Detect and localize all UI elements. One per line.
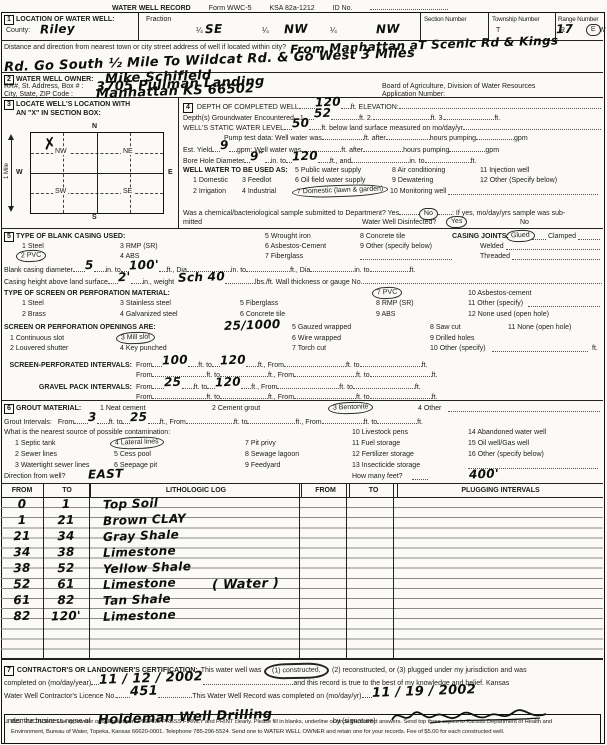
dotted-leader bbox=[294, 391, 356, 399]
use-option-3: 3 Feedlot bbox=[242, 176, 271, 185]
contam-option-11: 11 Fuel storage bbox=[352, 439, 400, 448]
log-from: 82 bbox=[1, 610, 43, 621]
dotted-leader bbox=[94, 264, 106, 272]
ft-after-label: ft. after bbox=[364, 134, 386, 143]
log-desc: Limestone bbox=[89, 545, 176, 558]
ft-label: ft. bbox=[471, 157, 477, 166]
use-option-11: 11 Injection well bbox=[480, 166, 529, 175]
dotted-leader bbox=[322, 132, 364, 140]
ft-label: ft. bbox=[410, 266, 416, 275]
opening-option-9: 9 Drilled holes bbox=[430, 334, 474, 343]
dotted-leader bbox=[331, 112, 359, 120]
log-row: 1 21 Brown CLAY bbox=[1, 515, 603, 531]
dotted-leader bbox=[449, 144, 485, 152]
screen-option-2: 2 Brass bbox=[22, 310, 46, 319]
joint-threaded: Threaded bbox=[480, 252, 510, 261]
dotted-leader bbox=[182, 381, 194, 389]
dotted-leader bbox=[186, 416, 234, 424]
log-header-lithologic: LITHOLOGIC LOG bbox=[91, 484, 302, 497]
dotted-leader bbox=[203, 677, 293, 685]
contamination-row1: What is the nearest source of possible c… bbox=[0, 428, 605, 439]
casing-option-6: 6 Asbestos-Cement bbox=[265, 242, 326, 251]
use-option-4: 4 Industrial bbox=[242, 187, 276, 196]
dotted-leader bbox=[532, 232, 546, 240]
log-desc: Yellow Shale bbox=[89, 561, 191, 575]
grout-interval-to: 25 bbox=[130, 412, 148, 423]
log-to: 21 bbox=[43, 514, 89, 526]
log-header-from: FROM bbox=[1, 484, 44, 497]
dotted-leader bbox=[241, 381, 251, 389]
ft-and-label: ft., and bbox=[330, 157, 351, 166]
use-option-9: 9 Dewatering bbox=[392, 176, 433, 185]
ft-to-label: ft. to bbox=[234, 418, 248, 427]
contam-option-2: 2 Sewer lines bbox=[15, 450, 57, 459]
quarter-glyph: ¼ bbox=[330, 26, 337, 35]
sample-question-rest: : If yes, mo/day/yrs sample was sub- bbox=[452, 209, 565, 218]
dotted-leader bbox=[247, 416, 295, 424]
log-from: 34 bbox=[1, 546, 43, 557]
dotted-leader bbox=[188, 359, 198, 367]
static-level-value: 50 bbox=[292, 118, 310, 129]
casing-option-8: 8 Concrete tile bbox=[360, 232, 405, 241]
contam-option-13: 13 Insecticide storage bbox=[352, 461, 420, 470]
use-option-1: 1 Domestic bbox=[193, 176, 228, 185]
contam-option-8: 8 Sewage lagoon bbox=[245, 450, 299, 459]
dotted-leader bbox=[152, 359, 162, 367]
casing-option-9: 9 Other (specify below) bbox=[360, 242, 432, 251]
dotted-leader bbox=[578, 232, 600, 240]
ft-to-label: ft. to bbox=[109, 418, 123, 427]
opening-option-3-circled: 3 Mill slot bbox=[116, 331, 156, 344]
section1-number: 1 bbox=[4, 15, 14, 25]
section7-number: 7 bbox=[4, 666, 14, 676]
contam-option-7: 7 Pit privy bbox=[245, 439, 276, 448]
fraction-q3-value: NW bbox=[376, 24, 400, 35]
section3-title-line1: LOCATE WELL'S LOCATION WITH bbox=[16, 100, 130, 109]
casing-depth-value: 100' bbox=[129, 259, 159, 270]
disinfected-yes-circled: Yes bbox=[446, 216, 468, 229]
casing-diameter-line: Blank casing diameter 5 in. to 100' ft.,… bbox=[4, 263, 602, 275]
contam-option-10: 10 Livestock pens bbox=[352, 428, 408, 437]
completed-on-label: completed on (mo/day/year) bbox=[4, 679, 91, 688]
dotted-leader bbox=[299, 101, 315, 109]
section5-title: TYPE OF BLANK CASING USED: bbox=[16, 232, 125, 241]
wall-thickness-label: lbs./ft. Wall thickness or gauge No. bbox=[255, 278, 363, 287]
bore-depth-value: 120 bbox=[292, 151, 318, 162]
log-row: 61 82 Tan Shale bbox=[1, 595, 603, 611]
section6-title: GROUT MATERIAL: bbox=[16, 404, 81, 413]
log-from: 0 bbox=[1, 498, 43, 509]
groundwater-1-value: 52 bbox=[314, 108, 332, 119]
contam-option-5: 5 Cess pool bbox=[114, 450, 151, 459]
dotted-leader bbox=[370, 2, 448, 10]
casing-option-3: 3 RMP (SR) bbox=[120, 242, 158, 251]
dotted-leader bbox=[438, 207, 452, 215]
from-label: From bbox=[58, 418, 74, 427]
dotted-leader bbox=[108, 276, 118, 284]
dotted-leader bbox=[246, 264, 290, 272]
dotted-leader bbox=[351, 155, 409, 163]
dotted-leader bbox=[444, 112, 494, 120]
mile-arrow-up bbox=[8, 134, 14, 140]
weight-label: in., weight bbox=[143, 278, 175, 287]
rule-line bbox=[1, 72, 603, 73]
grout-intervals-label: Grout Intervals: bbox=[4, 418, 52, 427]
in-to-label: in. to bbox=[354, 266, 369, 275]
log-to: 82 bbox=[43, 594, 89, 606]
well-use-row3: 2 Irrigation 4 Industrial 7 Domestic (la… bbox=[0, 187, 605, 198]
screen-material-title: TYPE OF SCREEN OR PERFORATION MATERIAL: bbox=[4, 289, 170, 298]
casing-height-label: Casing height above land surface bbox=[4, 278, 108, 287]
dotted-leader bbox=[318, 155, 330, 163]
record-date-value: 11 / 19 / 2002 bbox=[371, 685, 475, 699]
dotted-leader bbox=[131, 276, 143, 284]
township-prefix: T bbox=[496, 26, 500, 35]
log-row: 82 120' Limestone bbox=[1, 611, 603, 627]
log-to: 61 bbox=[43, 578, 89, 590]
screen-intervals-line2: From ft. to ft., From ft. to ft. bbox=[4, 369, 602, 380]
dotted-leader bbox=[158, 690, 192, 698]
weight-value: Sch 40 bbox=[178, 271, 225, 283]
log-table-header: FROM TO LITHOLOGIC LOG FROM TO PLUGGING … bbox=[1, 484, 603, 497]
water-well-record-form: WATER WELL RECORD Form WWC-5 KSA 82a-121… bbox=[0, 0, 607, 745]
dotted-leader bbox=[399, 207, 419, 215]
section1-number-box: 1 bbox=[4, 15, 14, 25]
dotted-leader bbox=[506, 242, 600, 250]
dotted-leader bbox=[73, 264, 85, 272]
casing-height-value: 2' bbox=[118, 272, 131, 282]
ft-label: ft. bbox=[592, 344, 598, 353]
screen-interval-from: 100 bbox=[162, 355, 188, 366]
casing-option-5: 5 Wrought iron bbox=[265, 232, 311, 241]
gravel-pack-to: 120 bbox=[215, 377, 241, 388]
grout-option-2: 2 Cement grout bbox=[212, 404, 260, 413]
dotted-leader bbox=[97, 416, 109, 424]
pump-test-line: Pump test data: Well water was ft. after… bbox=[224, 132, 601, 143]
screen-option-8: 8 RMP (SR) bbox=[376, 299, 414, 308]
casing-option-2-circled: 2 PVC bbox=[16, 249, 47, 262]
openings-row1: SCREEN OR PERFORATION OPENINGS ARE: 25/1… bbox=[0, 323, 605, 334]
casing-height-line: Casing height above land surface 2' in.,… bbox=[4, 275, 602, 287]
dotted-leader bbox=[148, 416, 160, 424]
openings-title: SCREEN OR PERFORATION OPENINGS ARE: bbox=[4, 323, 156, 332]
dotted-leader bbox=[373, 112, 431, 120]
rule-line bbox=[1, 228, 603, 229]
screen-option-3: 3 Stainless steel bbox=[120, 299, 171, 308]
record-completed-label: This Water Well Record was completed on … bbox=[192, 692, 361, 701]
screen-option-12: 12 None used (open hole) bbox=[468, 310, 549, 319]
city-value: Manhattan KS 66502 bbox=[96, 84, 255, 100]
use-option-10: 10 Monitoring well bbox=[390, 187, 446, 196]
grout-option-4: 4 Other bbox=[418, 404, 441, 413]
license-label: Water Well Contractor's Licence No. bbox=[4, 692, 116, 701]
range-west: W bbox=[599, 26, 606, 35]
ft-dia-label: ft., Dia bbox=[290, 266, 310, 275]
bore-hole-label: Bore Hole Diameter bbox=[183, 157, 244, 166]
certification-text-a: This water well was bbox=[201, 666, 262, 675]
opening-option-4: 4 Key punched bbox=[120, 344, 167, 353]
dotted-leader bbox=[277, 381, 339, 389]
in-to-label: in. to bbox=[271, 157, 286, 166]
use-option-12: 12 Other (Specify below) bbox=[480, 176, 557, 185]
opening-option-1: 1 Continuous slot bbox=[10, 334, 64, 343]
screen-material-row3: 2 Brass 4 Galvanized steel 6 Concrete ti… bbox=[0, 310, 605, 321]
fraction-label: Fraction bbox=[146, 15, 171, 24]
contam-option-9: 9 Feedyard bbox=[245, 461, 280, 470]
log-desc: Gray Shale bbox=[89, 529, 179, 542]
ft-from-label: ft., From bbox=[268, 371, 294, 380]
contamination-row3: 2 Sewer lines 5 Cess pool 8 Sewage lagoo… bbox=[0, 450, 605, 461]
screen-option-4: 4 Galvanized steel bbox=[120, 310, 178, 319]
casing-diameter-label: Blank casing diameter bbox=[4, 266, 73, 275]
distance-value-row: Rd. Go South ½ Mile To Wildcat Rd. & Go … bbox=[0, 56, 605, 67]
contamination-question: What is the nearest source of possible c… bbox=[4, 428, 170, 437]
dotted-leader bbox=[528, 299, 600, 307]
sample-question: Was a chemical/bacteriological sample su… bbox=[183, 209, 399, 218]
section-number-label: Section Number bbox=[424, 15, 466, 24]
gpm-label: gpm bbox=[514, 134, 528, 143]
log-desc: Limestone bbox=[89, 609, 176, 622]
opening-option-10: 10 Other (specify) bbox=[430, 344, 486, 353]
log-from: 1 bbox=[1, 514, 43, 525]
plug-header-intervals: PLUGGING INTERVALS bbox=[398, 484, 603, 497]
log-to: 120' bbox=[43, 610, 89, 622]
dotted-leader bbox=[152, 391, 206, 399]
rule-line bbox=[1, 400, 603, 401]
opening-option-5: 5 Gauzed wrapped bbox=[292, 323, 351, 332]
dotted-leader bbox=[353, 381, 415, 389]
dotted-leader bbox=[412, 472, 428, 480]
quarter-glyph: ¼ bbox=[196, 26, 203, 35]
dotted-leader bbox=[246, 359, 258, 367]
section5-number: 5 bbox=[4, 232, 14, 242]
dotted-leader bbox=[463, 122, 601, 130]
log-to: 34 bbox=[43, 530, 89, 542]
bore-hole-line: Bore Hole Diameter 9″ in. to 120 ft., an… bbox=[183, 154, 601, 166]
dotted-leader bbox=[284, 359, 346, 367]
application-number-label: Application Number: bbox=[382, 90, 445, 99]
sample-mitted: mitted bbox=[183, 218, 202, 227]
screen-material-row2: 1 Steel 3 Stainless steel 5 Fiberglass 8… bbox=[0, 299, 605, 310]
dotted-leader bbox=[74, 416, 88, 424]
ft-label: ft. bbox=[432, 371, 438, 380]
feet-value: 400' bbox=[469, 468, 499, 479]
gravel-pack-from: 25 bbox=[164, 377, 182, 388]
quadrant-ne-label: NE bbox=[121, 148, 135, 155]
dotted-leader bbox=[448, 404, 600, 412]
dotted-leader bbox=[360, 252, 452, 260]
in-to-label: in. to bbox=[409, 157, 424, 166]
log-to: 1 bbox=[43, 498, 89, 510]
hours-pumping-label: hours pumping bbox=[430, 134, 476, 143]
ft-to-label: ft. to bbox=[364, 418, 378, 427]
contam-option-3: 3 Watertight sewer lines bbox=[15, 461, 89, 470]
county-value: Riley bbox=[40, 23, 75, 34]
mile-arrow-down bbox=[8, 206, 14, 212]
log-to: 52 bbox=[43, 562, 89, 574]
log-from: 38 bbox=[1, 562, 43, 573]
casing-option-7: 7 Fiberglass bbox=[265, 252, 303, 261]
well-use-label: WELL WATER TO BE USED AS: bbox=[183, 166, 288, 175]
log-row: 0 1 Top Soil bbox=[1, 499, 603, 515]
dotted-leader bbox=[309, 122, 321, 130]
dotted-leader bbox=[425, 155, 471, 163]
log-from: 61 bbox=[1, 594, 43, 605]
dotted-leader bbox=[492, 344, 588, 352]
direction-label: Direction from well? bbox=[4, 472, 65, 481]
contam-option-14: 14 Abandoned water well bbox=[468, 428, 546, 437]
dotted-leader bbox=[370, 369, 432, 377]
section3-title-line2: AN "X" IN SECTION BOX: bbox=[16, 109, 101, 118]
dotted-leader bbox=[225, 276, 255, 284]
dotted-leader bbox=[229, 144, 237, 152]
dotted-leader bbox=[363, 144, 403, 152]
contam-option-12: 12 Fertilizer storage bbox=[352, 450, 414, 459]
section6-number-box: 6 bbox=[4, 404, 14, 414]
opening-option-6: 6 Wire wrapped bbox=[292, 334, 341, 343]
dotted-leader bbox=[362, 690, 372, 698]
dotted-leader bbox=[116, 690, 130, 698]
log-row: 38 52 Yellow Shale bbox=[1, 563, 603, 579]
screen-option-1: 1 Steel bbox=[22, 299, 44, 308]
ft-label: ft. bbox=[417, 418, 423, 427]
township-number-label: Township Number bbox=[492, 15, 539, 24]
log-water-note: ( Water ) bbox=[212, 579, 280, 591]
plug-header-to: TO bbox=[350, 484, 398, 497]
screen-option-9: 9 ABS bbox=[376, 310, 395, 319]
distance-question: Distance and direction from nearest town… bbox=[4, 43, 286, 52]
est-yield-value: 9 bbox=[220, 140, 229, 150]
contam-option-4-circled: 4 Lateral lines bbox=[110, 436, 164, 450]
city-label: City, State, ZIP Code : bbox=[4, 90, 73, 99]
instructions-box: INSTRUCTIONS: Use typewriter or ball poi… bbox=[4, 714, 601, 744]
log-desc: Brown CLAY bbox=[89, 513, 186, 526]
use-option-8: 8 Air conditioning bbox=[392, 166, 445, 175]
screen-option-7-circled: 7 PVC bbox=[372, 286, 403, 299]
openings-row3: 2 Louvered shutter 4 Key punched 7 Torch… bbox=[0, 344, 605, 355]
disinfected-label: Water Well Disinfected? bbox=[362, 218, 436, 227]
dotted-leader bbox=[212, 359, 220, 367]
dotted-leader bbox=[363, 276, 602, 284]
instructions-line2: Environment, Bureau of Water, Topeka, Ka… bbox=[11, 729, 504, 735]
range-prefix: R bbox=[560, 26, 565, 35]
fraction-q1-value: SE bbox=[205, 24, 223, 35]
screen-interval-to: 120 bbox=[220, 355, 246, 366]
in-to-label: in. to bbox=[231, 266, 246, 275]
screen-option-10: 10 Asbestos-cement bbox=[468, 289, 531, 298]
grout-interval-from: 3 bbox=[88, 412, 97, 422]
casing-diameter-value: 5 bbox=[85, 260, 94, 270]
dotted-leader bbox=[341, 101, 351, 109]
contam-option-16: 16 Other (specify below) bbox=[468, 450, 544, 459]
casing-joints-label: CASING JOINTS: bbox=[452, 232, 509, 241]
dotted-leader bbox=[377, 416, 417, 424]
from-label: From bbox=[136, 371, 152, 380]
log-desc: Limestone bbox=[89, 577, 176, 590]
contam-option-1: 1 Septic tank bbox=[15, 439, 55, 448]
certification-line3: Water Well Contractor's Licence No. 451 … bbox=[4, 690, 602, 701]
fraction-q2-value: NW bbox=[284, 24, 308, 35]
dotted-leader bbox=[152, 381, 164, 389]
log-desc: Top Soil bbox=[89, 498, 158, 510]
dotted-leader bbox=[212, 144, 220, 152]
log-row: 34 38 Limestone bbox=[1, 547, 603, 563]
dotted-leader bbox=[220, 391, 268, 399]
dotted-leader bbox=[294, 369, 356, 377]
dotted-leader bbox=[284, 122, 292, 130]
ft-from-label: ft., From bbox=[295, 418, 321, 427]
section6-number: 6 bbox=[4, 404, 14, 414]
screen-option-5: 5 Fiberglass bbox=[240, 299, 278, 308]
section5-number-box: 5 bbox=[4, 232, 14, 242]
opening-option-2: 2 Louvered shutter bbox=[10, 344, 68, 353]
well-use-row2: 1 Domestic 3 Feedlot 6 Oil field water s… bbox=[0, 176, 605, 187]
joint-clamped: Clamped bbox=[548, 232, 576, 241]
dotted-leader bbox=[399, 101, 601, 109]
use-option-2: 2 Irrigation bbox=[193, 187, 226, 196]
grout-option-3-circled: 3 Bentonite bbox=[328, 401, 374, 415]
joint-glued-circled: Glued bbox=[506, 230, 535, 243]
how-many-feet-label: How many feet? bbox=[352, 472, 403, 481]
dotted-leader bbox=[370, 391, 432, 399]
screen-option-11: 11 Other (specify) bbox=[468, 299, 523, 308]
rule-line bbox=[1, 658, 603, 660]
dotted-leader bbox=[322, 416, 364, 424]
log-header-to: TO bbox=[44, 484, 91, 497]
instructions-line1: INSTRUCTIONS: Use typewriter or ball poi… bbox=[11, 719, 552, 725]
bore-diameter-value: 9″ bbox=[250, 151, 265, 161]
dotted-leader bbox=[476, 132, 514, 140]
openings-value: 25/1000 bbox=[224, 319, 281, 331]
log-row: 21 34 Gray Shale bbox=[1, 531, 603, 547]
pump-test-label: Pump test data: Well water was bbox=[224, 134, 322, 143]
certification-text-b: (2) reconstructed, or (3) plugged under … bbox=[332, 666, 527, 675]
compass-n-label: N bbox=[92, 122, 97, 131]
dotted-leader bbox=[370, 264, 410, 272]
contam-option-15: 15 Oil well/Gas well bbox=[468, 439, 529, 448]
dotted-leader bbox=[159, 264, 167, 272]
county-label: County: bbox=[6, 26, 30, 35]
log-from: 21 bbox=[1, 530, 43, 541]
dotted-leader bbox=[360, 359, 422, 367]
contamination-row2: 1 Septic tank 4 Lateral lines 7 Pit priv… bbox=[0, 439, 605, 450]
log-to: 38 bbox=[43, 546, 89, 558]
direction-row: Direction from well? EAST How many feet?… bbox=[0, 472, 605, 483]
dotted-leader bbox=[310, 264, 354, 272]
opening-option-7: 7 Torch cut bbox=[292, 344, 326, 353]
direction-value: EAST bbox=[88, 468, 124, 479]
ft-from-label: ft., From bbox=[160, 418, 186, 427]
log-desc: Tan Shale bbox=[89, 594, 171, 607]
ft-to-label: ft. to bbox=[356, 371, 370, 380]
well-x-mark: ✗ bbox=[42, 138, 57, 150]
plug-header-from: FROM bbox=[302, 484, 350, 497]
log-row: 52 61 Limestone ( Water ) bbox=[1, 579, 603, 595]
opening-option-11: 11 None (open hole) bbox=[508, 323, 571, 332]
grout-intervals-line: Grout Intervals: From 3 ft. to 25 ft., F… bbox=[4, 415, 602, 427]
dotted-leader bbox=[448, 187, 598, 195]
certification-line2: completed on (mo/day/year) 11 / 12 / 200… bbox=[4, 677, 602, 688]
dotted-leader bbox=[386, 132, 430, 140]
joint-welded: Welded bbox=[480, 242, 504, 251]
disinfected-no: No bbox=[520, 218, 529, 227]
dotted-leader bbox=[512, 252, 600, 260]
use-option-5: 5 Public water supply bbox=[295, 166, 361, 175]
opening-option-8: 8 Saw cut bbox=[430, 323, 461, 332]
quarter-glyph: ¼ bbox=[262, 26, 269, 35]
license-value: 451 bbox=[130, 687, 158, 698]
log-from: 52 bbox=[1, 578, 43, 589]
